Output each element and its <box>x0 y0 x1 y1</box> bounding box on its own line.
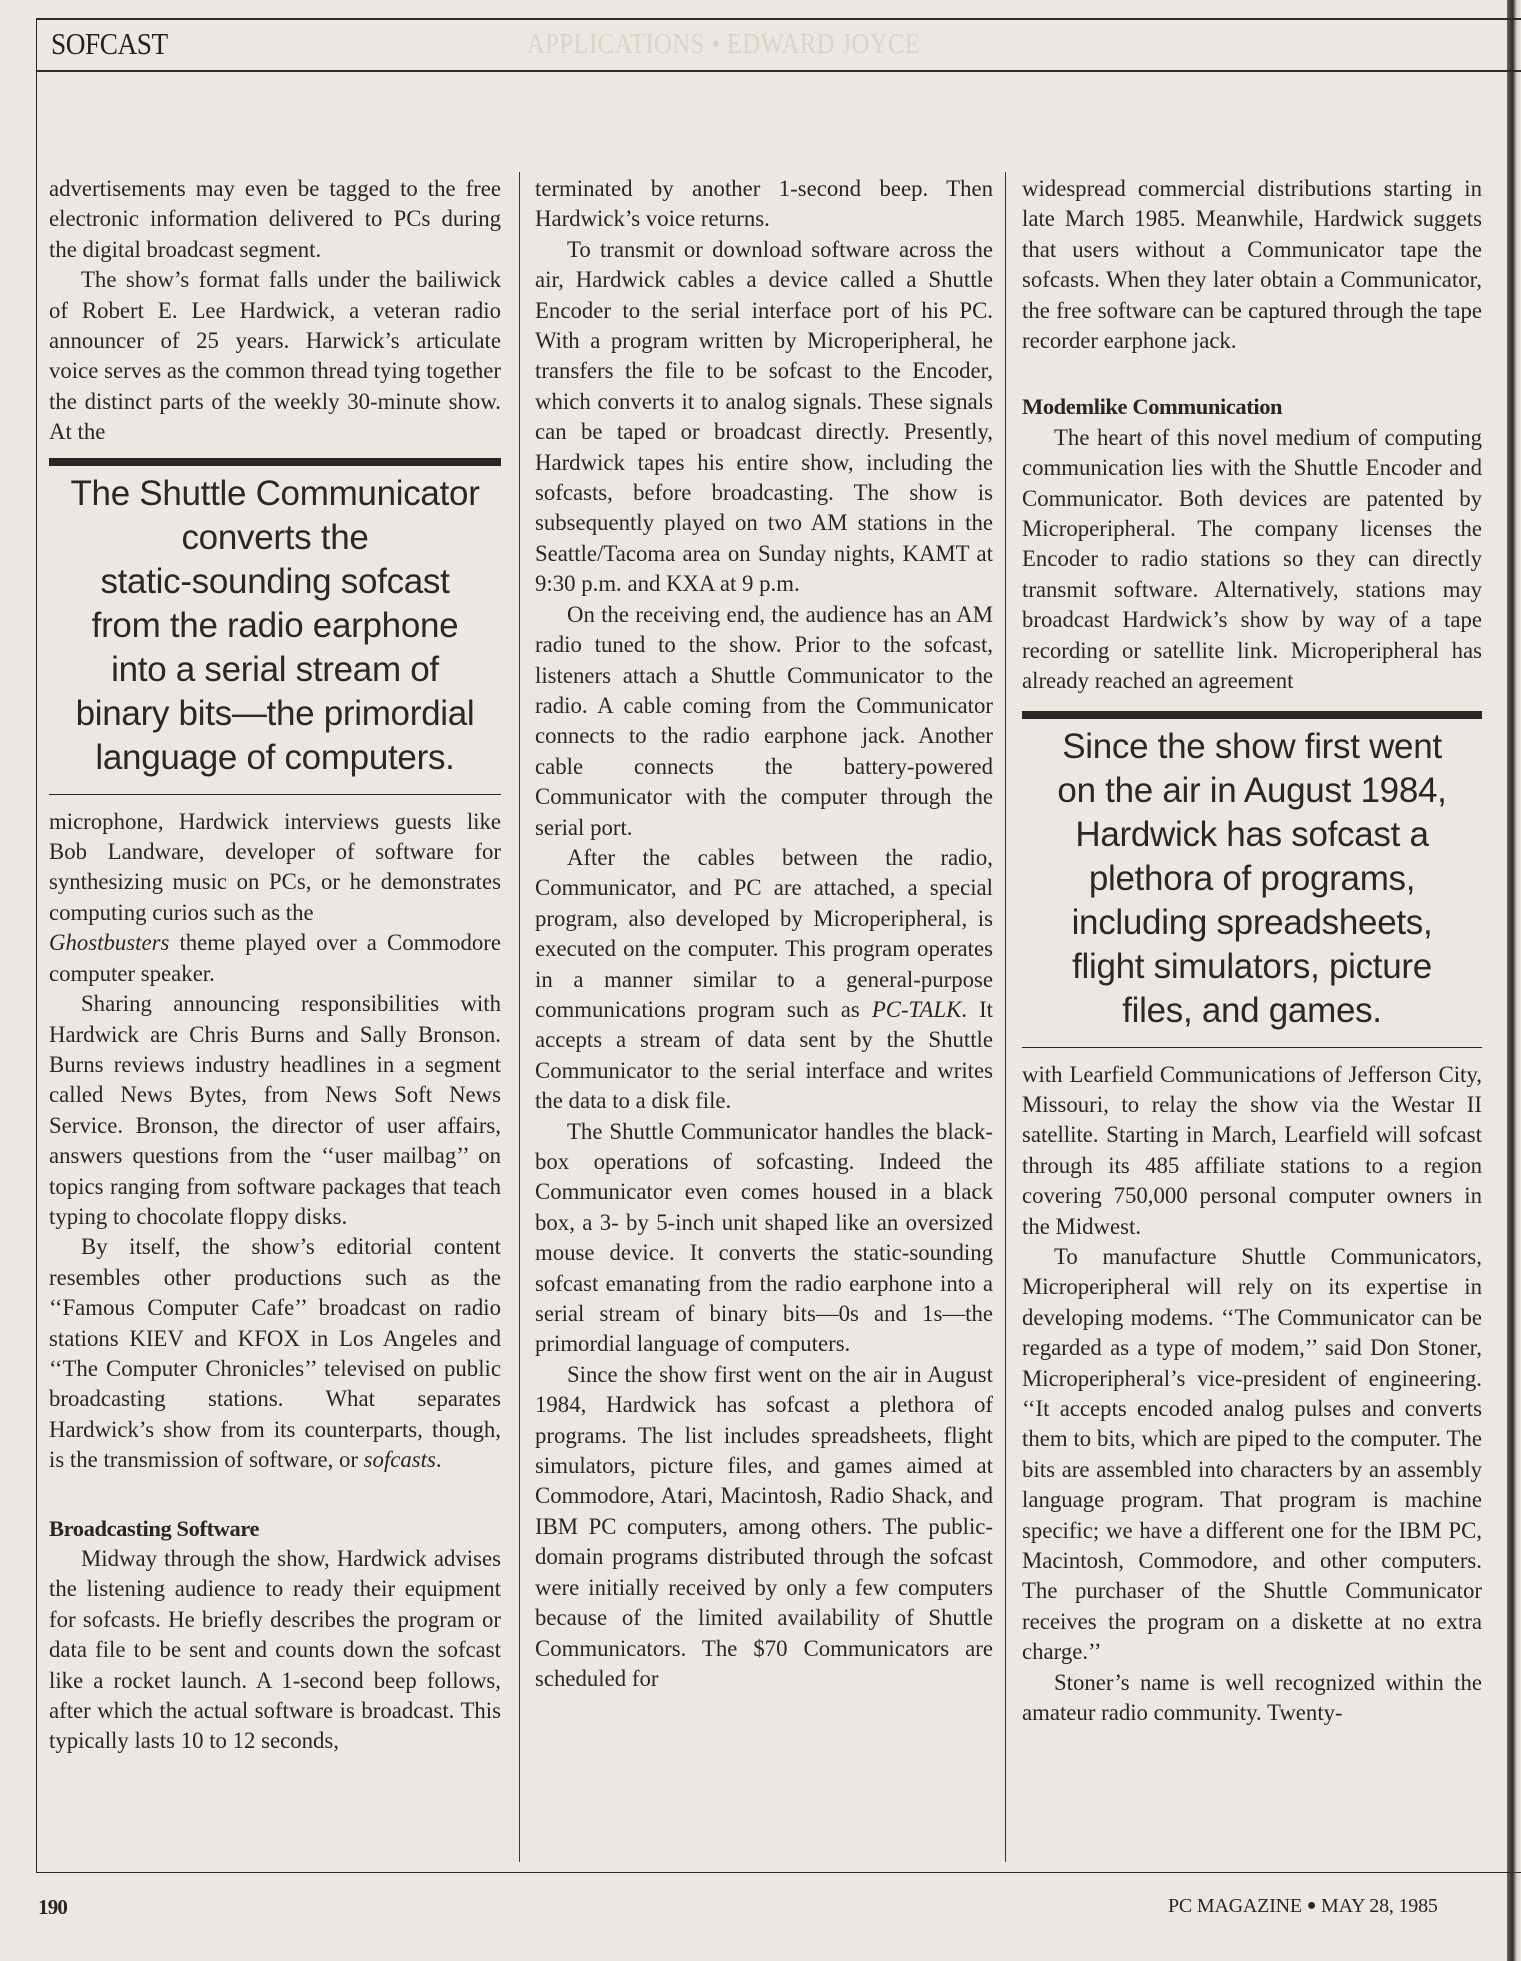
paragraph: advertisements may even be tagged to the… <box>49 174 501 265</box>
italic-term: sofcasts <box>364 1447 436 1472</box>
paragraph: Midway through the show, Hardwick advise… <box>49 1544 501 1757</box>
paragraph: By itself, the show’s editorial content … <box>49 1232 501 1475</box>
paragraph: with Learfield Communications of Jeffer­… <box>1022 1060 1482 1242</box>
italic-title: Ghostbusters <box>49 930 169 955</box>
pull-quote-line: including spreadsheets, <box>1022 901 1482 945</box>
pull-quote: Since the show first went on the air in … <box>1022 711 1482 1048</box>
italic-program-name: PC-TALK <box>872 997 962 1022</box>
publication-footer: PC MAGAZINE ● MAY 28, 1985 <box>1168 1895 1438 1918</box>
paragraph: Sharing announcing responsibilities with… <box>49 989 501 1232</box>
show-through-text: APPLICATIONS • EDWARD JOYCE <box>527 28 920 61</box>
paragraph: terminated by another 1-second beep. The… <box>535 174 993 235</box>
pull-quote-line: binary bits—the primordial <box>49 692 501 736</box>
pull-quote-line: plethora of programs, <box>1022 857 1482 901</box>
pull-quote-line: from the radio earphone <box>49 604 501 648</box>
pull-quote-line: static-sounding sofcast <box>49 560 501 604</box>
issue-date: MAY 28, 1985 <box>1321 1895 1438 1917</box>
paragraph: To transmit or download software across … <box>535 235 993 600</box>
text-run: microphone, Hardwick interviews guests l… <box>49 809 501 925</box>
article-column-1: advertisements may even be tagged to the… <box>49 174 501 1757</box>
pull-quote-line: language of computers. <box>49 736 501 780</box>
article-column-2: terminated by another 1-second beep. The… <box>535 174 993 1694</box>
running-header: SOFCAST APPLICATIONS • EDWARD JOYCE <box>36 18 1521 72</box>
publication-name: PC MAGAZINE <box>1168 1895 1302 1917</box>
section-subhead: Modemlike Communication <box>1022 392 1482 422</box>
pull-quote-line: into a serial stream of <box>49 648 501 692</box>
paragraph: After the cables between the radio, Comm… <box>535 843 993 1117</box>
section-label: SOFCAST <box>51 26 168 62</box>
pull-quote-line: flight simulators, picture <box>1022 945 1482 989</box>
bullet-icon: ● <box>1307 1897 1316 1914</box>
article-column-3: widespread commercial distributions star… <box>1022 174 1482 1728</box>
text-run: After the cables between the radio, Comm… <box>535 845 993 1022</box>
paragraph: The show’s format falls under the bai­li… <box>49 265 501 447</box>
pull-quote-line: on the air in August 1984, <box>1022 769 1482 813</box>
paragraph: Stoner’s name is well recognized with­in… <box>1022 1668 1482 1729</box>
text-run: . <box>436 1447 442 1472</box>
page-number: 190 <box>38 1895 67 1920</box>
pull-quote-line: converts the <box>49 516 501 560</box>
paragraph: The Shuttle Communicator handles the bla… <box>535 1117 993 1360</box>
paragraph: On the receiving end, the audience has a… <box>535 600 993 843</box>
column-divider-1 <box>519 172 520 1862</box>
text-run: By itself, the show’s editorial content … <box>49 1234 501 1472</box>
pull-quote-line: The Shuttle Communicator <box>49 472 501 516</box>
section-subhead: Broadcasting Software <box>49 1514 501 1544</box>
paragraph: To manufacture Shuttle Communica­tors, M… <box>1022 1242 1482 1668</box>
paragraph: microphone, Hardwick interviews guests l… <box>49 807 501 989</box>
column-divider-2 <box>1005 172 1006 1862</box>
paragraph: The heart of this novel medium of com­pu… <box>1022 423 1482 697</box>
paragraph: widespread commercial distributions star… <box>1022 174 1482 356</box>
pull-quote-line: files, and games. <box>1022 989 1482 1033</box>
pull-quote-line: Hardwick has sofcast a <box>1022 813 1482 857</box>
paragraph: Since the show first went on the air in … <box>535 1360 993 1694</box>
pull-quote: The Shuttle Communicator converts the st… <box>49 458 501 795</box>
pull-quote-line: Since the show first went <box>1022 725 1482 769</box>
